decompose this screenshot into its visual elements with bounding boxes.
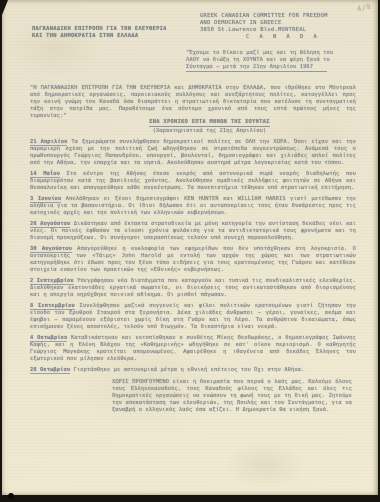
entry-date: 21 Απριλίου: [30, 139, 67, 146]
org-greek-line1: ΠΑΓΚΑΝΑΔΙΚΗ ΕΠΙΤΡΟΠΗ ΓΙΑ ΤΗΝ ΕΛΕΥΘΕΡΙΑ: [32, 26, 167, 33]
chronology-entry: 14 Μαΐου Στο κέντρο της Αθήνας έπεσε νεκ…: [30, 171, 356, 192]
entry-text: Απελάθηκαν οι ξένοι δημοσιογράφοι KEN HU…: [30, 196, 356, 216]
org-greek-line2: ΚΑΙ ΤΗΝ ΔΗΜΟΚΡΑΤΙΑ ΣΤΗΝ ΕΛΛΑΔΑ: [32, 33, 167, 40]
page-number-mark: 4/9: [356, 3, 371, 13]
entry-text: Στο κέντρο της Αθήνας έπεσε νεκρός από α…: [30, 171, 356, 191]
entry-date: 4 Οκτωβρίου: [30, 335, 67, 342]
country-label: C A N A D A: [200, 34, 328, 41]
chronology-entry: 21 Απριλίου Τα ξημερώματα συνελήφθησαν δ…: [30, 139, 356, 167]
org-address: 3850 St.Lawrence Blvd.MONTREAL: [200, 27, 328, 34]
punch-hole-mark: [8, 493, 14, 499]
chronology-entry: 28 Οκτωβρίου Γιορτάσθηκε με αστυνομικά μ…: [30, 367, 356, 374]
chronology: 21 Απριλίου Τα ξημερώματα συνελήφθησαν δ…: [30, 139, 356, 414]
scan-corner-shadow: [2, 0, 8, 15]
motto-line3: Σύνταγμα — μετά την 21ην Απριλίου 1967: [186, 64, 327, 72]
chronology-entry: 26 Αυγούστου Δικάστηκαν από έκτακτα στρα…: [30, 221, 356, 242]
entry-date: 14 Μαΐου: [30, 171, 60, 178]
entry-date: 30 Αυγούστου: [30, 246, 72, 253]
motto-line1: "Έχουμε το δίκαιο μαζί μας και τη θέληση…: [186, 50, 356, 57]
closing-paragraph: ΧΩΡΙΣ ΠΡΟΗΓΟΥΜΕΝΟ είναι η δοκιμασία που …: [112, 379, 352, 414]
org-english-line1: GREEK CANADIAN COMMITTEE FOR FREEDOM: [200, 13, 328, 20]
entry-text: Απαγορεύθηκε η κυκλοφορία των εφημερίδων…: [30, 246, 356, 273]
entry-date: 2 Σεπτεμβρίου: [30, 278, 74, 285]
intro-paragraph: "Η ΠΑΓΚΑΝΑΔΙΚΗ ΕΠΙΤΡΟΠΗ ΓΙΑ ΤΗΝ ΕΛΕΥΘΕΡΙ…: [30, 85, 356, 120]
chronology-entry: 3 Ιουνίου Απελάθηκαν οι ξένοι δημοσιογρά…: [30, 196, 356, 217]
scanned-document-page: 4/9 ΠΑΓΚΑΝΑΔΙΚΗ ΕΠΙΤΡΟΠΗ ΓΙΑ ΤΗΝ ΕΛΕΥΘΕΡ…: [0, 0, 380, 502]
entry-text: Δικάστηκαν από έκτακτα στρατοδικεία με μ…: [30, 221, 356, 241]
paper: 4/9 ΠΑΓΚΑΝΑΔΙΚΗ ΕΠΙΤΡΟΠΗ ΓΙΑ ΤΗΝ ΕΛΕΥΘΕΡ…: [2, 0, 378, 495]
motto-block: "Έχουμε το δίκαιο μαζί μας και τη θέληση…: [186, 50, 356, 72]
entry-date: 26 Αυγούστου: [30, 221, 70, 228]
org-name-greek: ΠΑΓΚΑΝΑΔΙΚΗ ΕΠΙΤΡΟΠΗ ΓΙΑ ΤΗΝ ΕΛΕΥΘΕΡΙΑ Κ…: [32, 26, 167, 40]
section-heading: ΕΝΑ ΧΡΟΝΙΚΟ ΕΠΤΑ ΜΗΝΩΝ ΤΗΣ ΧΟΥΝΤΑΣ: [149, 119, 270, 127]
entry-text: Συνελήφθησαν μαζικά συγγενείς και φίλοι …: [30, 303, 356, 330]
chronology-entry: 4 Οκτωβρίου Καταδικάστηκαν και εκτοπίσθη…: [30, 335, 356, 363]
entry-text: Γιορτάσθηκε με αστυνομικά μέτρα η εθνική…: [74, 367, 305, 373]
motto-line2: ΛΑΟΥ να διώξη τη ΧΟΥΝΤΑ και να φέρη ξανά…: [186, 57, 356, 64]
section-heading-block: ΕΝΑ ΧΡΟΝΙΚΟ ΕΠΤΑ ΜΗΝΩΝ ΤΗΣ ΧΟΥΝΤΑΣ (Χαρα…: [97, 119, 322, 135]
entry-text: Καταδικάστηκαν και εκτοπίσθηκαν ο συνθέτ…: [30, 335, 356, 362]
org-english-line2: AND DEMOCRACY IN GREECE: [200, 20, 328, 27]
chronology-entry: 30 Αυγούστου Απαγορεύθηκε η κυκλοφορία τ…: [30, 246, 356, 274]
entry-text: Τα ξημερώματα συνελήφθησαν δημοκρατικοί …: [30, 139, 356, 166]
entry-text: Υπεγράφησαν νέα διατάγματα που καταργούν…: [30, 278, 356, 298]
org-name-english: GREEK CANADIAN COMMITTEE FOR FREEDOM AND…: [200, 13, 328, 41]
entry-date: 3 Ιουνίου: [30, 196, 61, 203]
section-subheading: (Χαρακτηριστικά της 21ης Απριλίου): [97, 128, 322, 135]
chronology-entry: 2 Σεπτεμβρίου Υπεγράφησαν νέα διατάγματα…: [30, 278, 356, 299]
entry-date: 28 Οκτωβρίου: [30, 367, 70, 374]
entry-date: 8 Σεπτεμβρίου: [30, 303, 75, 310]
chronology-entry: 8 Σεπτεμβρίου Συνελήφθησαν μαζικά συγγεν…: [30, 303, 356, 331]
